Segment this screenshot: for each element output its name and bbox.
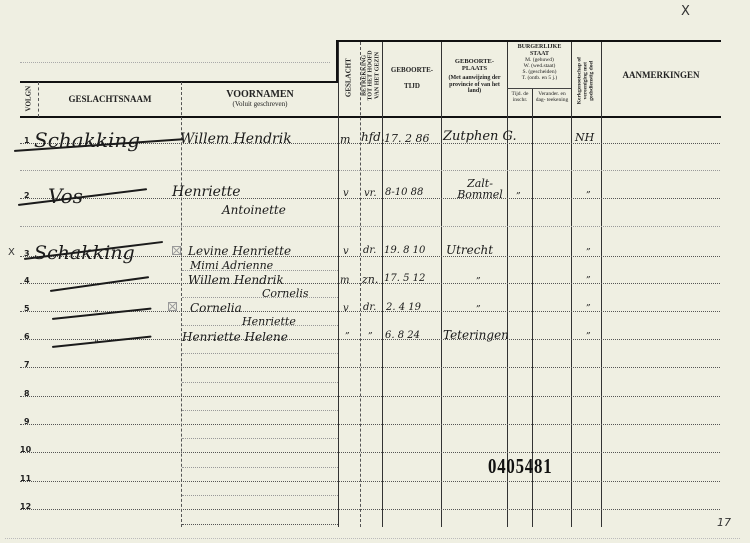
religion-cell: ”	[586, 191, 591, 201]
header-left-top-border	[20, 81, 338, 83]
row-line-7	[20, 367, 720, 368]
birth-date-cell: 19. 8 10	[384, 245, 425, 256]
birth-date-cell: 6. 8 24	[385, 330, 420, 341]
row-number: 10	[20, 445, 31, 454]
col-divider-burgerlijke-staat	[571, 42, 572, 527]
header-geboorteplaats: GEBOORTE- PLAATS (Met aanwijzing der pro…	[442, 58, 507, 95]
surname-cell: ”	[96, 283, 101, 293]
row-subline-7	[182, 382, 338, 383]
col-divider-volgn	[38, 82, 39, 117]
religion-cell: ”	[586, 276, 591, 286]
religion-cell: ”	[586, 304, 591, 314]
header-geslacht: GESLACHT	[345, 43, 352, 113]
page-bottom-edge	[5, 538, 740, 539]
row-line-8	[20, 396, 720, 397]
page-mark: 17	[717, 516, 731, 529]
row-number: 5	[24, 304, 30, 313]
row-x-mark: X	[8, 247, 15, 258]
sex-cell: v	[343, 188, 349, 199]
row-number: 2	[24, 191, 30, 200]
relation-cell: vr.	[364, 188, 377, 199]
row-number: 8	[24, 389, 30, 398]
relation-cell: zn.	[362, 273, 378, 286]
birth-place-cell: ”	[476, 305, 481, 315]
birth-place-cell: Teteringen	[443, 328, 509, 342]
birth-date-cell: 8-10 88	[385, 187, 423, 198]
faint-top-line	[20, 62, 330, 63]
birth-date-cell: 17. 2 86	[384, 132, 429, 145]
header-betrekking: BETREKKING TOT HET HOOFD VAN HET GEZIN	[362, 40, 381, 110]
birth-place-cell: Zalt- Bommel	[452, 178, 508, 200]
given-names-cell: Willem Hendrik	[188, 273, 284, 287]
birth-date-cell: 17. 5 12	[384, 273, 425, 284]
header-voornamen-sub: (Voluit geschreven)	[182, 101, 338, 109]
header-kerkgenootschap: Kerkgenootschap of vereeniging met godsd…	[577, 46, 594, 116]
col-divider-kerkgenootschap	[601, 42, 602, 527]
strike-through	[52, 308, 152, 320]
given-names-cell: Willem Hendrik	[180, 131, 292, 147]
col-divider-geslachtsnaam	[181, 82, 182, 527]
header-tijd-inschr: Tijd. de inschr.	[508, 91, 532, 103]
row-line-9	[20, 424, 720, 425]
row-subline-1	[20, 170, 720, 171]
header-burgerlijke-staat: BURGERLIJKE STAAT M. (gehuwd) W. (wed.st…	[508, 44, 571, 81]
row-subline-8	[182, 410, 338, 411]
row-number: 12	[20, 502, 31, 511]
row-subline-10	[182, 467, 338, 468]
sex-cell: ”	[345, 332, 350, 342]
given-names-cell: Henriette	[172, 184, 241, 200]
corner-mark: X	[681, 4, 690, 19]
surname-cell: ”	[94, 310, 99, 320]
given-names-cell: Levine Henriette	[188, 244, 291, 258]
birth-place-cell: Zutphen G.	[443, 129, 517, 144]
row-number: 4	[24, 276, 30, 285]
header-aanmerkingen: AANMERKINGEN	[602, 71, 720, 81]
strike-through	[52, 336, 152, 348]
religion-cell: ”	[586, 332, 591, 342]
header-top-border	[337, 40, 721, 42]
given-names-cell: Cornelia	[190, 301, 242, 315]
sex-cell: v	[343, 303, 349, 314]
voornamen-bottom-line	[182, 524, 338, 525]
header-voornamen: VOORNAMEN	[182, 89, 338, 100]
header-verander: Verander. en dag- teekening	[533, 91, 571, 103]
sex-cell: m	[340, 275, 349, 286]
relation-cell: dr.	[363, 302, 376, 313]
header-volgn: VOLGN	[25, 81, 32, 117]
birth-place-cell: Utrecht	[446, 243, 493, 257]
row-number: 7	[24, 360, 30, 369]
header-bottom-border	[20, 116, 721, 118]
religion-cell: NH	[575, 131, 594, 144]
relation-cell: ”	[368, 332, 373, 342]
row-number: 9	[24, 417, 30, 426]
birth-date-cell: 2. 4 19	[386, 302, 421, 313]
col-divider-geboortetijd	[441, 42, 442, 527]
given-names-cell-2: Cornelis	[262, 287, 309, 300]
relation-cell: dr.	[363, 245, 376, 256]
row-subline-2	[20, 226, 720, 227]
row-number: 1	[24, 136, 30, 145]
burgerlijke-staat-subdivider	[507, 88, 571, 89]
row-number: 6	[24, 332, 30, 341]
col-divider-geslacht	[360, 42, 361, 527]
relation-cell: hfd.	[361, 130, 385, 144]
row-line-10	[20, 452, 720, 453]
archive-stamp-number: 0405481	[488, 454, 552, 479]
row-number: 11	[20, 474, 31, 483]
given-names-cell-2: Henriette	[242, 315, 296, 328]
cross-box-icon	[168, 302, 177, 311]
given-names-cell: Henriette Helene	[182, 330, 288, 344]
row-subline-4	[182, 297, 338, 298]
surname-cell: ”	[94, 340, 99, 350]
col-divider-voornamen	[338, 42, 339, 527]
row-subline-6	[182, 353, 338, 354]
row-line-11	[20, 481, 720, 482]
row-subline-11	[182, 495, 338, 496]
birth-place-cell: ”	[476, 277, 481, 287]
row-line-12	[20, 509, 720, 510]
header-geboortetijd: GEBOORTE- TIJD	[383, 67, 441, 90]
row-subline-9	[182, 438, 338, 439]
given-names-cell-2: Mimi Adrienne	[190, 259, 273, 272]
cross-box-icon	[172, 246, 181, 255]
col-divider-betrekking	[382, 42, 383, 527]
sex-cell: v	[343, 246, 349, 257]
sex-cell: m	[340, 133, 350, 146]
header-geslachtsnaam: GESLACHTSNAAM	[40, 95, 180, 105]
religion-cell: ”	[586, 248, 591, 258]
ditto-mark: ”	[516, 192, 521, 202]
given-names-cell-2: Antoinette	[222, 203, 286, 217]
